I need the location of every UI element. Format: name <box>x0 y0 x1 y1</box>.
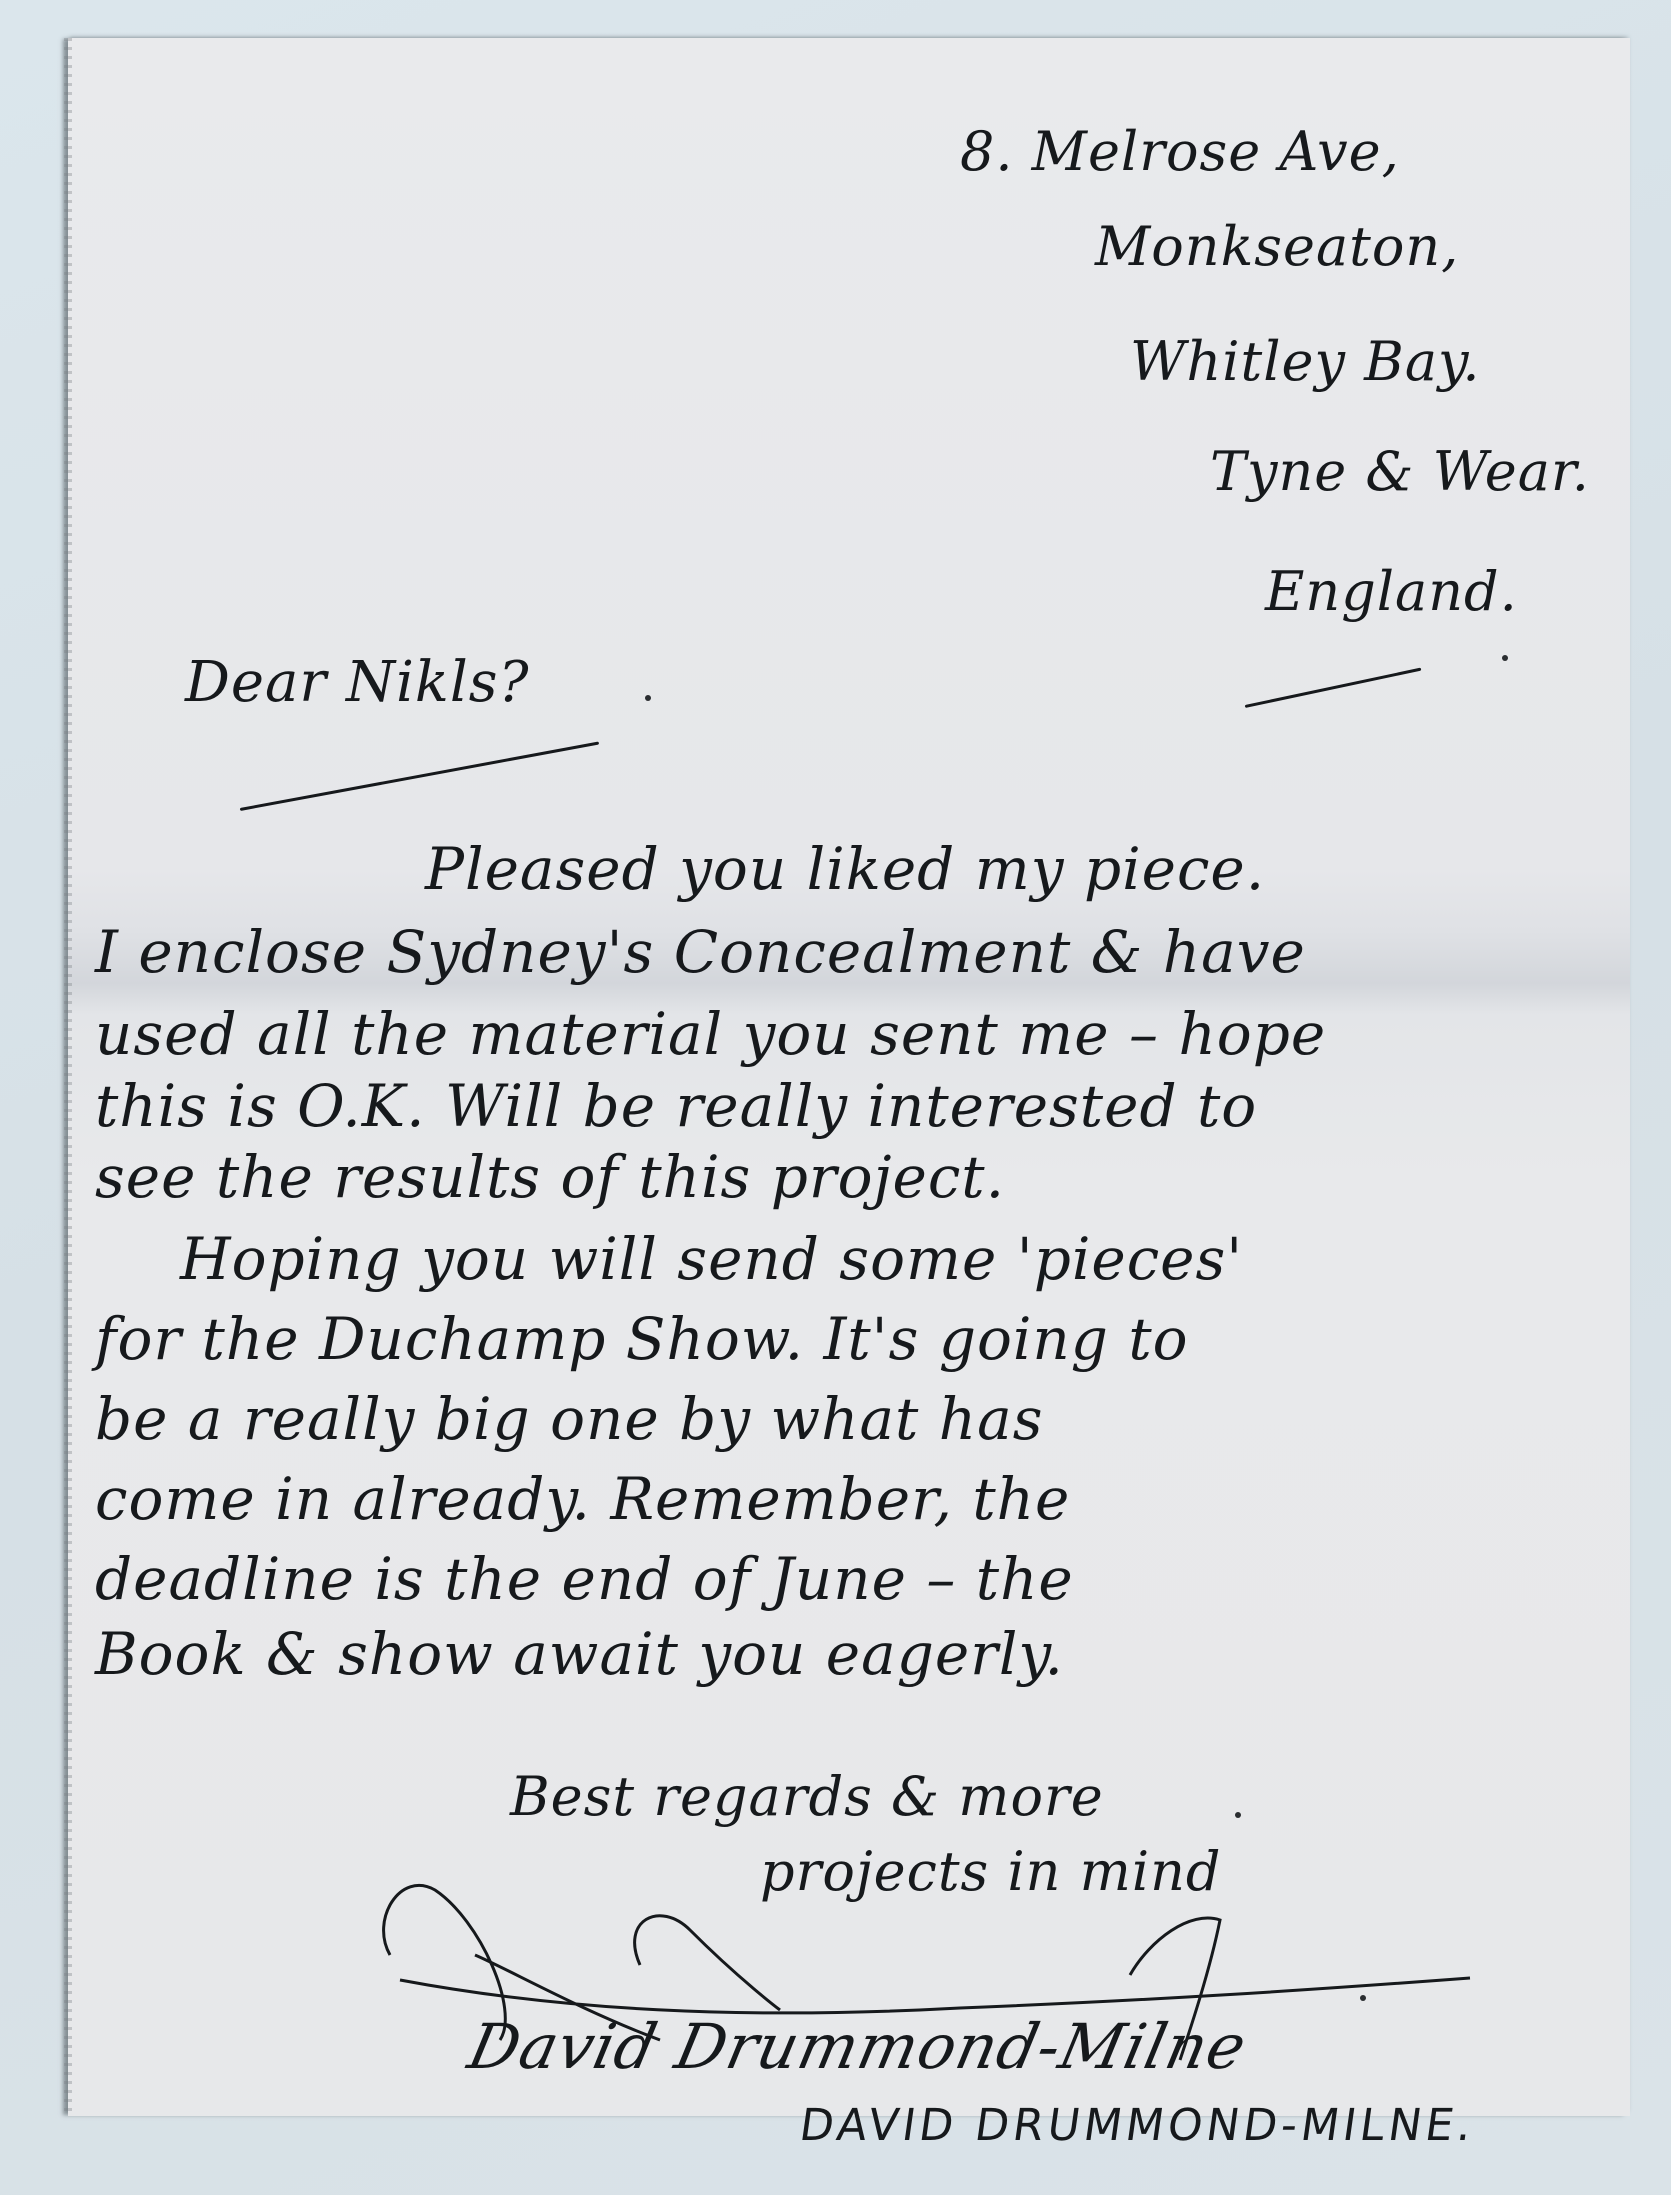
body-line: come in already. Remember, the <box>95 1465 1070 1533</box>
body-line: for the Duchamp Show. It's going to <box>95 1305 1189 1373</box>
address-line-county: Tyne & Wear. <box>1210 440 1590 503</box>
ink-dot <box>1360 1995 1366 2001</box>
signature: David Drummond-Milne <box>462 2010 1253 2083</box>
address-line-town: Monkseaton, <box>1095 215 1459 278</box>
printed-name: DAVID DRUMMOND-MILNE. <box>796 2100 1479 2151</box>
body-line: Hoping you will send some 'pieces' <box>180 1225 1243 1293</box>
ink-dot <box>645 695 651 701</box>
body-line: used all the material you sent me – hope <box>95 1000 1326 1068</box>
closing-line: projects in mind <box>760 1840 1221 1903</box>
address-line-street: 8. Melrose Ave, <box>960 120 1400 183</box>
body-line: deadline is the end of June – the <box>95 1545 1074 1613</box>
salutation: Dear Nikls? <box>185 650 530 715</box>
ink-dot <box>1502 655 1508 661</box>
body-line: be a really big one by what has <box>95 1385 1043 1453</box>
body-line: I enclose Sydney's Concealment & have <box>95 918 1306 986</box>
body-line: Pleased you liked my piece. <box>425 835 1265 903</box>
body-line: this is O.K. Will be really interested t… <box>95 1072 1257 1140</box>
address-line-city: Whitley Bay. <box>1130 330 1481 393</box>
body-line: Book & show await you eagerly. <box>95 1620 1064 1688</box>
closing-line: Best regards & more <box>510 1765 1104 1828</box>
ink-dot <box>1235 1812 1241 1818</box>
body-line: see the results of this project. <box>95 1143 1005 1211</box>
address-line-country: England. <box>1265 560 1518 623</box>
